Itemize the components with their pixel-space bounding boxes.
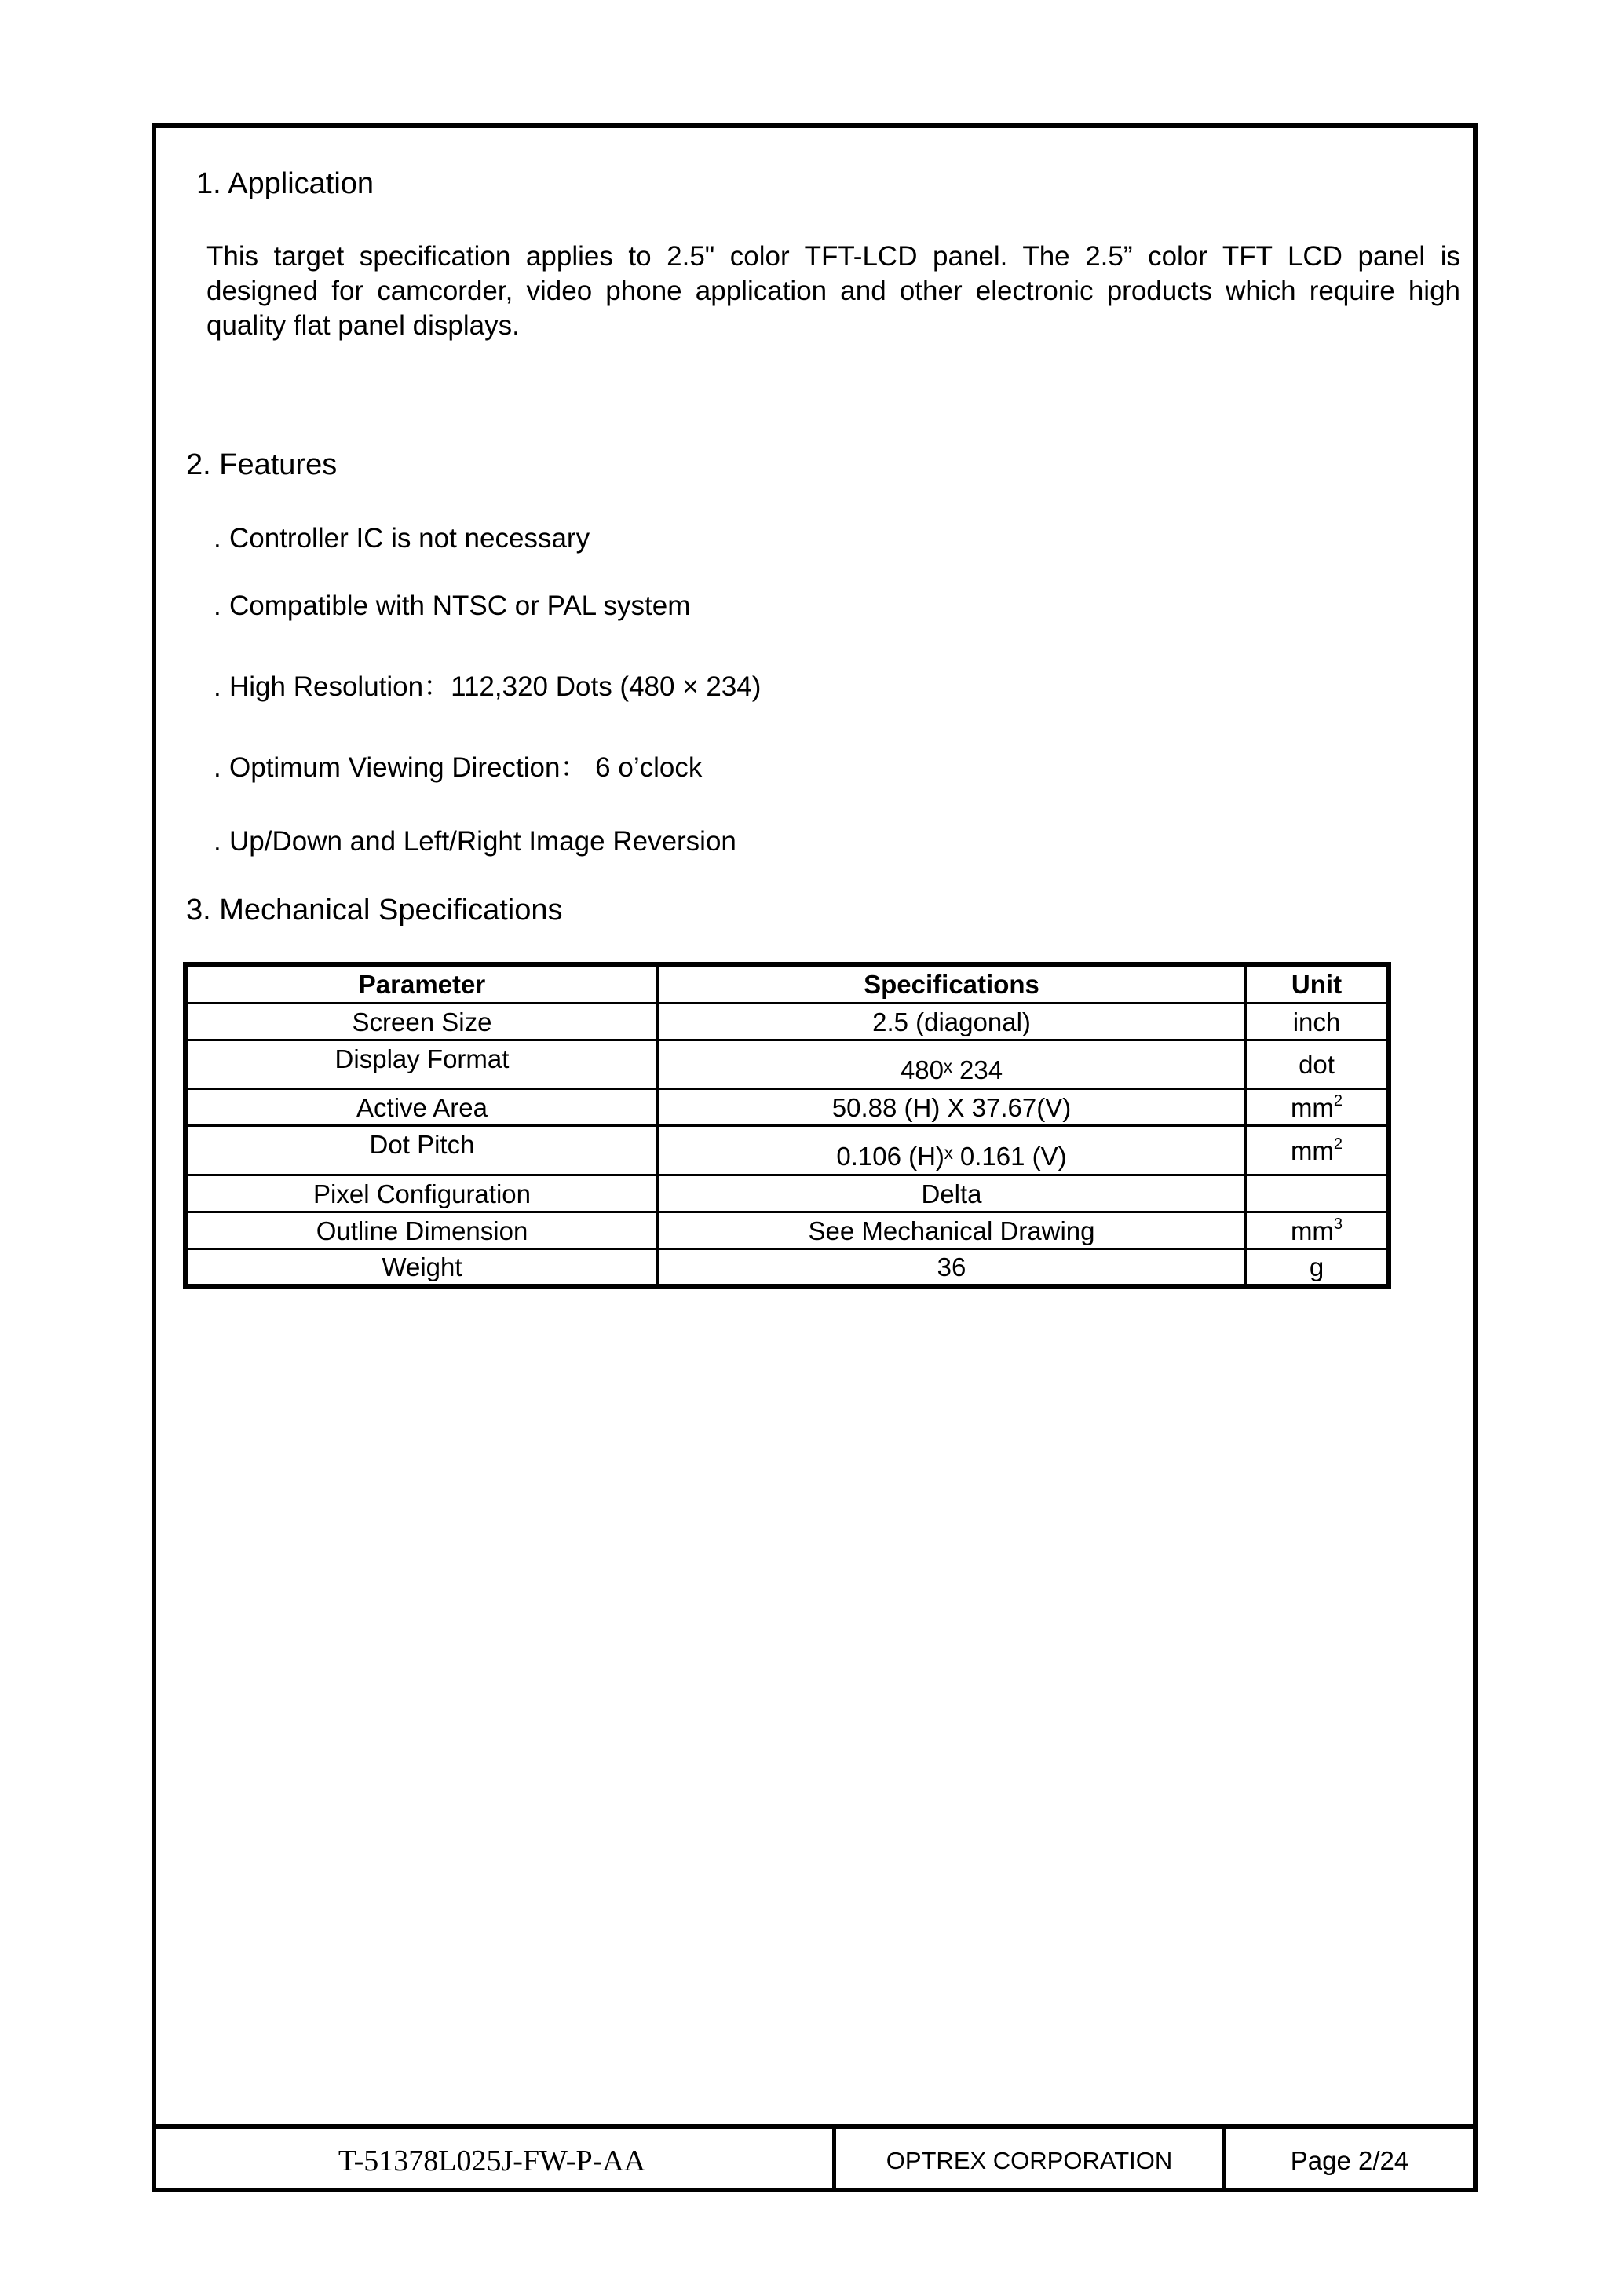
- cell-unit: mm2: [1246, 1126, 1390, 1175]
- unit-exponent: 2: [1334, 1135, 1343, 1153]
- cell-parameter: Active Area: [185, 1089, 658, 1126]
- cell-spec: 0.106 (H)ˣ 0.161 (V): [658, 1126, 1246, 1175]
- unit-text: mm: [1291, 1216, 1334, 1245]
- column-header-parameter: Parameter: [185, 964, 658, 1004]
- table-row: Outline Dimension See Mechanical Drawing…: [185, 1212, 1389, 1249]
- cell-unit: g: [1246, 1249, 1390, 1286]
- cell-spec: 36: [658, 1249, 1246, 1286]
- feature-item: .High Resolution：112,320 Dots (480 × 234…: [214, 673, 761, 700]
- cell-spec: Delta: [658, 1175, 1246, 1212]
- feature-text: High Resolution：112,320 Dots (480 × 234): [229, 671, 761, 702]
- feature-item: .Controller IC is not necessary: [214, 525, 590, 552]
- cell-parameter: Pixel Configuration: [185, 1175, 658, 1212]
- company-name: OPTREX CORPORATION: [886, 2147, 1173, 2175]
- table-row: Active Area 50.88 (H) X 37.67(V) mm2: [185, 1089, 1389, 1126]
- column-header-specifications: Specifications: [658, 964, 1246, 1004]
- cell-parameter: Display Format: [185, 1040, 658, 1089]
- cell-spec: 480ˣ 234: [658, 1040, 1246, 1089]
- unit-text: inch: [1293, 1007, 1341, 1036]
- cell-parameter: Screen Size: [185, 1004, 658, 1040]
- cell-parameter: Weight: [185, 1249, 658, 1286]
- unit-text: mm: [1291, 1093, 1334, 1122]
- table-header-row: Parameter Specifications Unit: [185, 964, 1389, 1004]
- cell-spec: 2.5 (diagonal): [658, 1004, 1246, 1040]
- page-number: Page 2/24: [1291, 2146, 1408, 2176]
- cell-parameter: Dot Pitch: [185, 1126, 658, 1175]
- bullet-icon: .: [214, 673, 229, 700]
- bullet-icon: .: [214, 754, 229, 781]
- application-paragraph: This target specification applies to 2.5…: [206, 239, 1460, 343]
- feature-text: Up/Down and Left/Right Image Reversion: [229, 826, 736, 857]
- cell-unit: inch: [1246, 1004, 1390, 1040]
- table-row: Weight 36 g: [185, 1249, 1389, 1286]
- footer-company-cell: OPTREX CORPORATION: [836, 2129, 1222, 2192]
- bullet-icon: .: [214, 525, 229, 552]
- unit-exponent: 2: [1334, 1092, 1343, 1110]
- cell-unit: mm2: [1246, 1089, 1390, 1126]
- footer-page-cell: Page 2/24: [1226, 2129, 1473, 2192]
- column-header-unit: Unit: [1246, 964, 1390, 1004]
- bullet-icon: .: [214, 592, 229, 620]
- table-row: Display Format 480ˣ 234 dot: [185, 1040, 1389, 1089]
- heading-mechanical-specifications: 3. Mechanical Specifications: [186, 895, 562, 925]
- table-row: Pixel Configuration Delta: [185, 1175, 1389, 1212]
- document-id: T-51378L025J-FW-P-AA: [338, 2144, 645, 2178]
- cell-spec: 50.88 (H) X 37.67(V): [658, 1089, 1246, 1126]
- bullet-icon: .: [214, 828, 229, 855]
- heading-application: 1. Application: [196, 169, 374, 199]
- feature-text: Compatible with NTSC or PAL system: [229, 590, 690, 621]
- page-footer: T-51378L025J-FW-P-AA OPTREX CORPORATION …: [152, 2124, 1478, 2192]
- mechanical-spec-table: Parameter Specifications Unit Screen Siz…: [183, 962, 1391, 1289]
- cell-unit: [1246, 1175, 1390, 1212]
- heading-features: 2. Features: [186, 450, 337, 480]
- table-row: Dot Pitch 0.106 (H)ˣ 0.161 (V) mm2: [185, 1126, 1389, 1175]
- feature-text: Optimum Viewing Direction： 6 o’clock: [229, 752, 702, 783]
- cell-spec: See Mechanical Drawing: [658, 1212, 1246, 1249]
- cell-unit: mm3: [1246, 1212, 1390, 1249]
- unit-text: mm: [1291, 1136, 1334, 1165]
- table-row: Screen Size 2.5 (diagonal) inch: [185, 1004, 1389, 1040]
- unit-exponent: 3: [1334, 1216, 1343, 1233]
- feature-item: .Up/Down and Left/Right Image Reversion: [214, 828, 736, 855]
- feature-text: Controller IC is not necessary: [229, 523, 590, 554]
- cell-unit: dot: [1246, 1040, 1390, 1089]
- feature-item: .Optimum Viewing Direction： 6 o’clock: [214, 754, 702, 781]
- cell-parameter: Outline Dimension: [185, 1212, 658, 1249]
- unit-text: g: [1310, 1252, 1324, 1281]
- feature-item: .Compatible with NTSC or PAL system: [214, 592, 690, 620]
- footer-doc-id-cell: T-51378L025J-FW-P-AA: [152, 2129, 832, 2192]
- unit-text: dot: [1299, 1050, 1335, 1079]
